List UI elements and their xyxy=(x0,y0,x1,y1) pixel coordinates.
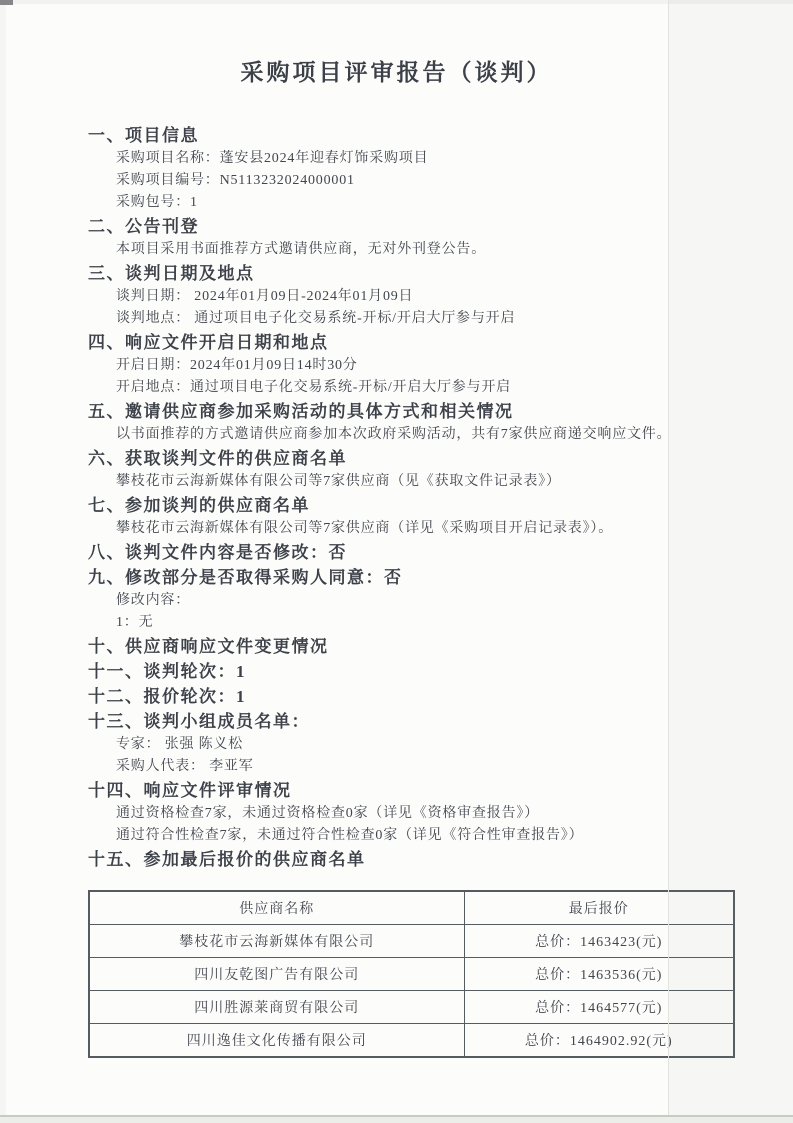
section-heading: 六、获取谈判文件的供应商名单 xyxy=(88,446,753,471)
section-heading: 十一、谈判轮次：1 xyxy=(88,659,753,684)
section-line: 开启地点：通过项目电子化交易系统-开标/开启大厅参与开启 xyxy=(116,377,753,399)
section-heading: 七、参加谈判的供应商名单 xyxy=(88,493,753,518)
table-row: 四川友乾图广告有限公司总价：1463536(元) xyxy=(89,958,734,991)
section-line: 攀枝花市云海新媒体有限公司等7家供应商（见《获取文件记录表》） xyxy=(116,471,753,493)
scan-left-shade xyxy=(0,0,6,1123)
section-line: 专家： 张强 陈义松 xyxy=(116,734,753,756)
scan-corner-artifact xyxy=(0,0,13,5)
scan-bottom-edge xyxy=(0,1115,793,1123)
section-heading: 三、谈判日期及地点 xyxy=(88,261,753,286)
section-line: 通过符合性检查7家，未通过符合性检查0家（详见《符合性审查报告》） xyxy=(116,825,753,847)
section-heading: 四、响应文件开启日期和地点 xyxy=(88,330,753,355)
table-row: 四川胜源莱商贸有限公司总价：1464577(元) xyxy=(89,991,734,1024)
section-heading: 十五、参加最后报价的供应商名单 xyxy=(88,847,753,872)
section-heading: 十、供应商响应文件变更情况 xyxy=(88,634,753,659)
section-heading: 九、修改部分是否取得采购人同意：否 xyxy=(88,565,753,590)
supplier-name-cell: 四川逸佳文化传播有限公司 xyxy=(89,1024,464,1058)
section-heading: 八、谈判文件内容是否修改：否 xyxy=(88,540,753,565)
section-line: 谈判地点： 通过项目电子化交易系统-开标/开启大厅参与开启 xyxy=(116,308,753,330)
table-row: 攀枝花市云海新媒体有限公司总价：1463423(元) xyxy=(89,925,734,958)
section-heading: 一、项目信息 xyxy=(88,123,753,148)
section-line: 攀枝花市云海新媒体有限公司等7家供应商（详见《采购项目开启记录表》）。 xyxy=(116,518,753,540)
section-line: 谈判日期： 2024年01月09日-2024年01月09日 xyxy=(116,286,753,308)
section-heading: 五、邀请供应商参加采购活动的具体方式和相关情况 xyxy=(88,399,753,424)
section-line: 通过资格检查7家，未通过资格检查0家（详见《资格审查报告》） xyxy=(116,803,753,825)
section-line: 采购包号：1 xyxy=(116,192,753,214)
supplier-name-cell: 四川胜源莱商贸有限公司 xyxy=(89,991,464,1024)
section-heading: 十三、谈判小组成员名单： xyxy=(88,709,753,734)
sections-container: 一、项目信息采购项目名称：蓬安县2024年迎春灯饰采购项目采购项目编号：N511… xyxy=(88,123,753,872)
section-heading: 二、公告刊登 xyxy=(88,214,753,239)
table-header-row: 供应商名称最后报价 xyxy=(89,891,734,925)
table-header-cell: 供应商名称 xyxy=(89,891,464,925)
section-line: 1：无 xyxy=(116,612,753,634)
section-line: 以书面推荐的方式邀请供应商参加本次政府采购活动，共有7家供应商递交响应文件。 xyxy=(116,424,753,446)
section-heading: 十二、报价轮次：1 xyxy=(88,684,753,709)
final-quote-table: 供应商名称最后报价 攀枝花市云海新媒体有限公司总价：1463423(元)四川友乾… xyxy=(88,890,735,1058)
document-page: 采购项目评审报告（谈判） 一、项目信息采购项目名称：蓬安县2024年迎春灯饰采购… xyxy=(0,0,793,1123)
section-line: 开启日期：2024年01月09日14时30分 xyxy=(116,355,753,377)
section-heading: 十四、响应文件评审情况 xyxy=(88,778,753,803)
section-line: 采购项目名称：蓬安县2024年迎春灯饰采购项目 xyxy=(116,148,753,170)
paper-fold-shade xyxy=(669,0,793,1123)
table-row: 四川逸佳文化传播有限公司总价：1464902.92(元) xyxy=(89,1024,734,1058)
section-line: 采购人代表： 李亚军 xyxy=(116,756,753,778)
section-line: 本项目采用书面推荐方式邀请供应商，无对外刊登公告。 xyxy=(116,239,753,261)
supplier-name-cell: 攀枝花市云海新媒体有限公司 xyxy=(89,925,464,958)
section-line: 修改内容： xyxy=(116,590,753,612)
section-line: 采购项目编号：N5113232024000001 xyxy=(116,170,753,192)
supplier-name-cell: 四川友乾图广告有限公司 xyxy=(89,958,464,991)
